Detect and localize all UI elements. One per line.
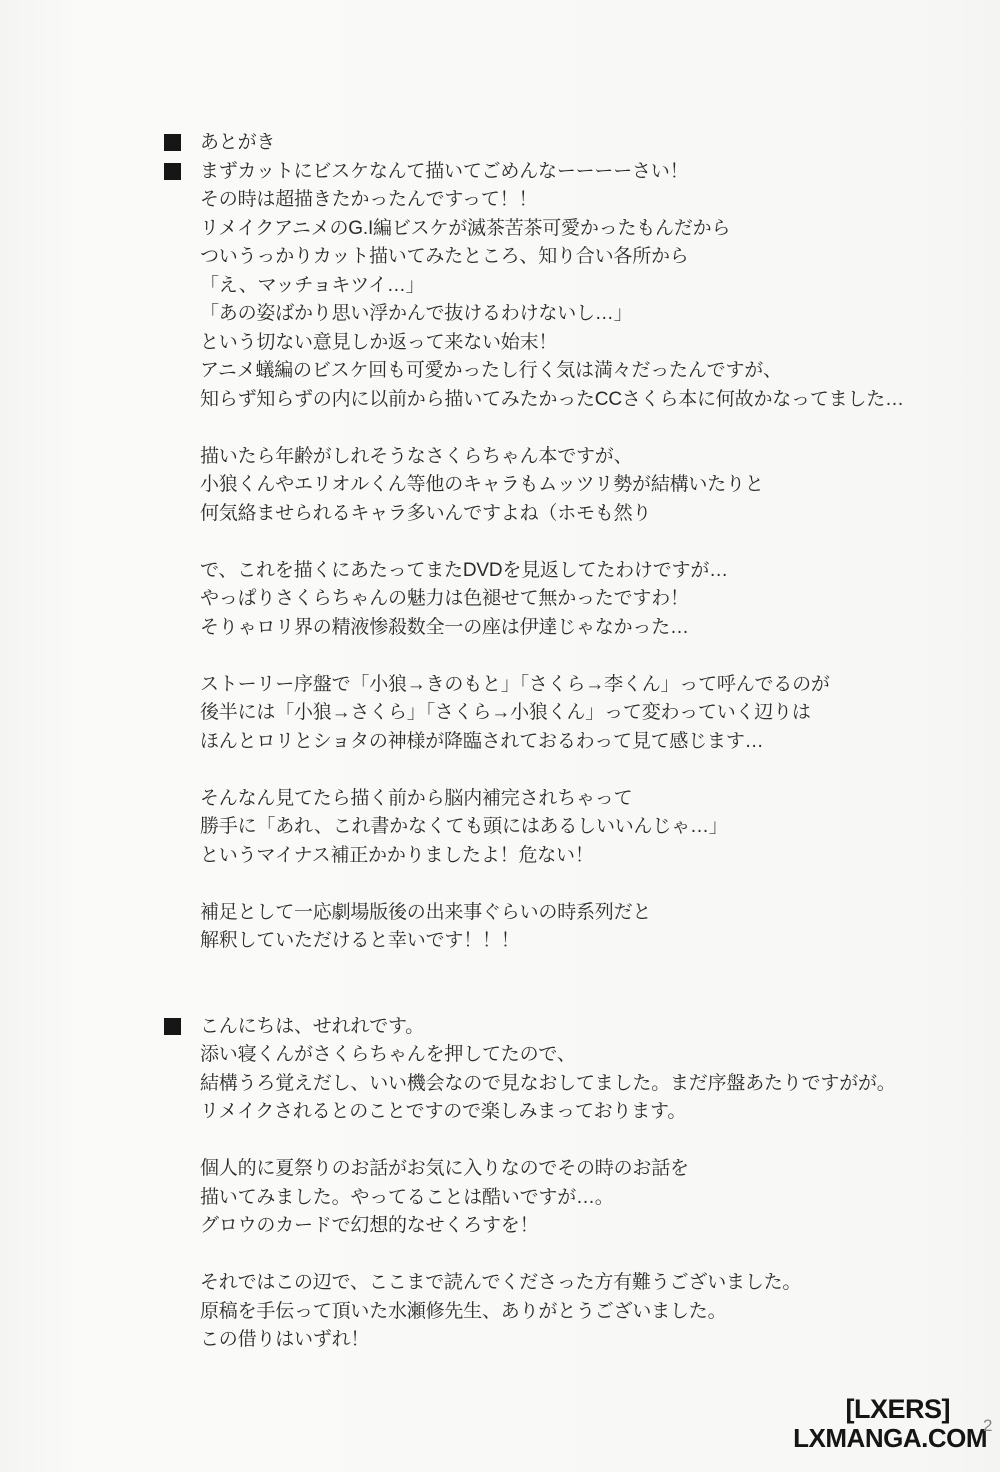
text-line: この借りはいずれ！ xyxy=(200,1326,890,1355)
text-line: あとがき xyxy=(200,129,890,158)
text-line: 小狼くんやエリオルくん等他のキャラもムッツリ勢が結構いたりと xyxy=(200,471,890,500)
afterword-section: あとがき xyxy=(200,129,890,158)
text-line: ほんとロリとショタの神様が降臨されておるわって見て感じます… xyxy=(200,728,890,757)
paragraph: で、これを描くにあたってまたDVDを見返してたわけですが…やっぱりさくらちゃんの… xyxy=(200,557,890,643)
bullet-square-icon xyxy=(164,134,181,151)
afterword-section: こんにちは、せれれです。添い寝くんがさくらちゃんを押してたので、結構うろ覚えだし… xyxy=(200,1013,890,1127)
paragraph: それではこの辺で、ここまで読んでくださった方有難うございました。原稿を手伝って頂… xyxy=(200,1269,890,1355)
bullet-square-icon xyxy=(164,163,181,180)
text-line: ストーリー序盤で「小狼→きのもと」「さくら→李くん」って呼んでるのが xyxy=(200,671,890,700)
text-line: その時は超描きたかったんですって！！ xyxy=(200,186,890,215)
text-line: 何気絡ませられるキャラ多いんですよね（ホモも然り xyxy=(200,500,890,529)
text-line: やっぱりさくらちゃんの魅力は色褪せて無かったですわ！ xyxy=(200,585,890,614)
text-line: そんなん見てたら描く前から脳内補完されちゃって xyxy=(200,785,890,814)
bullet-square-icon xyxy=(164,1018,181,1035)
text-line: というマイナス補正かかりましたよ！危ない！ xyxy=(200,842,890,871)
page-number: 2 xyxy=(983,1416,992,1436)
paragraph: そんなん見てたら描く前から脳内補完されちゃって勝手に「あれ、これ書かなくても頭に… xyxy=(200,785,890,871)
text-line: グロウのカードで幻想的なせくろすを！ xyxy=(200,1212,890,1241)
text-line: で、これを描くにあたってまたDVDを見返してたわけですが… xyxy=(200,557,890,586)
text-line: ついうっかりカット描いてみたところ、知り合い各所から xyxy=(200,243,890,272)
text-line: リメイクされるとのことですので楽しみまっております。 xyxy=(200,1098,890,1127)
watermark-line2: LXMANGA.COM xyxy=(793,1424,987,1453)
text-line: 結構うろ覚えだし、いい機会なので見なおしてました。まだ序盤あたりですがが。 xyxy=(200,1070,890,1099)
text-line: そりゃロリ界の精液惨殺数全一の座は伊達じゃなかった… xyxy=(200,614,890,643)
paragraph: 描いたら年齢がしれそうなさくらちゃん本ですが、小狼くんやエリオルくん等他のキャラ… xyxy=(200,443,890,529)
text-line: 「あの姿ばかり思い浮かんで抜けるわけないし…」 xyxy=(200,300,890,329)
text-line: 原稿を手伝って頂いた水瀬修先生、ありがとうございました。 xyxy=(200,1298,890,1327)
paragraph: 個人的に夏祭りのお話がお気に入りなのでその時のお話を描いてみました。やってること… xyxy=(200,1155,890,1241)
text-line: こんにちは、せれれです。 xyxy=(200,1013,890,1042)
paragraph: 補足として一応劇場版後の出来事ぐらいの時系列だと解釈していただけると幸いです！！… xyxy=(200,899,890,956)
afterword-section: まずカットにビスケなんて描いてごめんなーーーーさい！その時は超描きたかったんです… xyxy=(200,158,890,415)
text-line: まずカットにビスケなんて描いてごめんなーーーーさい！ xyxy=(200,158,890,187)
text-line: 描いてみました。やってることは酷いですが…。 xyxy=(200,1184,890,1213)
text-line: 知らず知らずの内に以前から描いてみたかったCCさくら本に何故かなってました… xyxy=(200,386,890,415)
text-line: 「え、マッチョキツイ…」 xyxy=(200,272,890,301)
text-line: 添い寝くんがさくらちゃんを押してたので、 xyxy=(200,1041,890,1070)
text-line: 補足として一応劇場版後の出来事ぐらいの時系列だと xyxy=(200,899,890,928)
text-line: アニメ蟻編のビスケ回も可愛かったし行く気は満々だったんですが、 xyxy=(200,357,890,386)
text-line: 個人的に夏祭りのお話がお気に入りなのでその時のお話を xyxy=(200,1155,890,1184)
watermark-line1: [LXERS] xyxy=(793,1394,987,1424)
text-line: 後半には「小狼→さくら」「さくら→小狼くん」って変わっていく辺りは xyxy=(200,699,890,728)
afterword-text-block: あとがきまずカットにビスケなんて描いてごめんなーーーーさい！その時は超描きたかっ… xyxy=(200,129,890,1355)
text-line: それではこの辺で、ここまで読んでくださった方有難うございました。 xyxy=(200,1269,890,1298)
text-line: 解釈していただけると幸いです！！！ xyxy=(200,927,890,956)
text-line: 描いたら年齢がしれそうなさくらちゃん本ですが、 xyxy=(200,443,890,472)
text-line: という切ない意見しか返って来ない始末！ xyxy=(200,329,890,358)
text-line: 勝手に「あれ、これ書かなくても頭にはあるしいいんじゃ…」 xyxy=(200,813,890,842)
watermark: [LXERS] LXMANGA.COM xyxy=(793,1394,987,1453)
scanned-page: あとがきまずカットにビスケなんて描いてごめんなーーーーさい！その時は超描きたかっ… xyxy=(0,0,1000,1472)
paragraph: ストーリー序盤で「小狼→きのもと」「さくら→李くん」って呼んでるのが後半には「小… xyxy=(200,671,890,757)
text-line: リメイクアニメのG.I編ビスケが滅茶苦茶可愛かったもんだから xyxy=(200,215,890,244)
